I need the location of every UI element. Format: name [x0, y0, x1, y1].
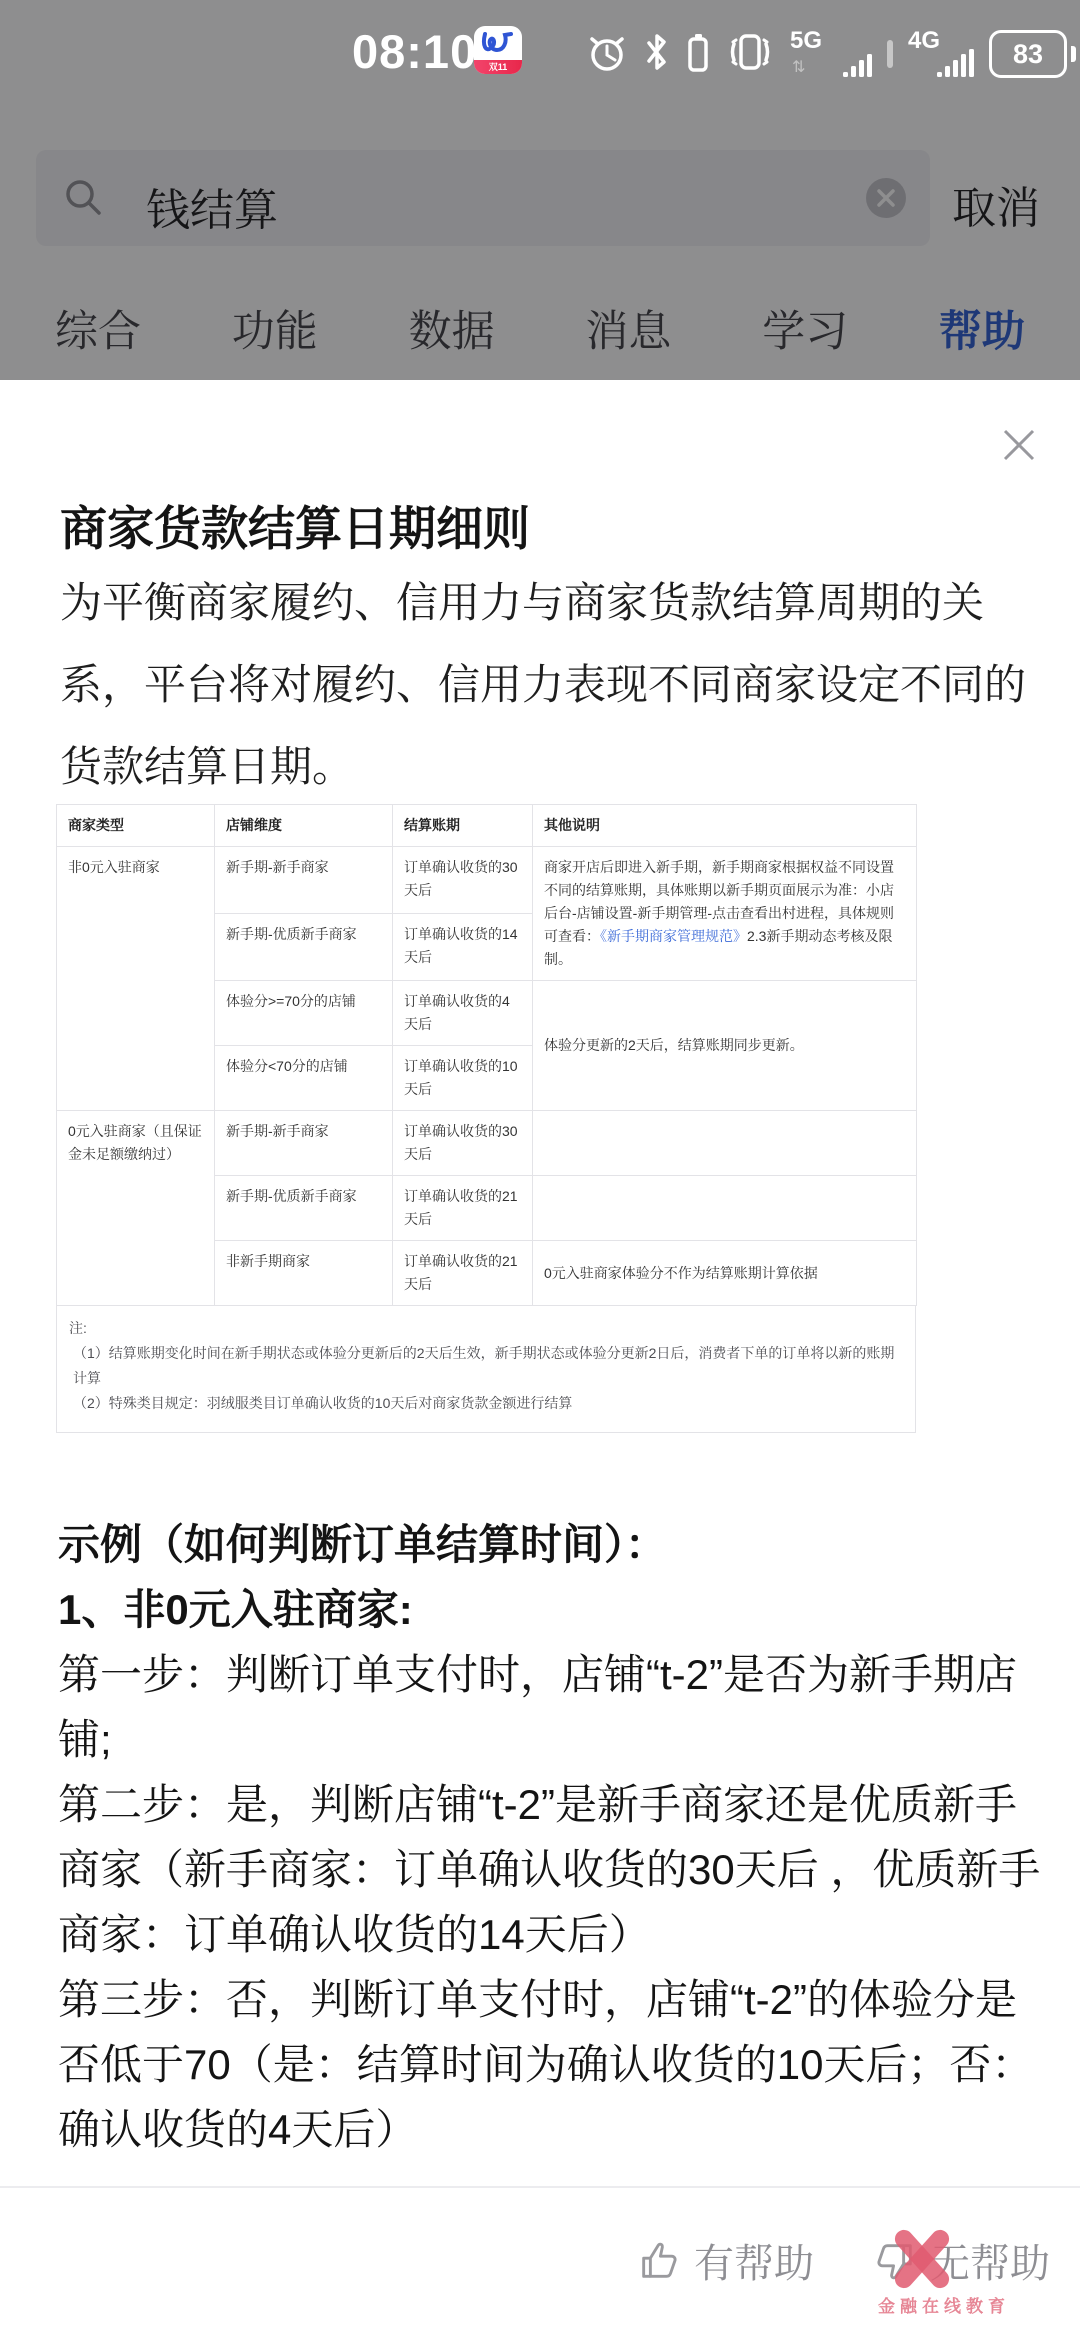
- example-step: 第二步：是，判断店铺“t-2”是新手商家还是优质新手商家（新手商家：订单确认收货…: [58, 1772, 1043, 1967]
- note-item: （2）特殊类目规定：羽绒服类目订单确认收货的10天后对商家货款金额进行结算: [69, 1391, 903, 1416]
- table-cell: 商家开店后即进入新手期，新手期商家根据权益不同设置不同的结算账期，具体账期以新手…: [533, 847, 917, 981]
- table-notes: 注:（1）结算账期变化时间在新手期状态或体验分更新后的2天后生效，新手期状态或体…: [56, 1306, 916, 1433]
- example-step: 第一步：判断订单支付时，店铺“t-2”是否为新手期店铺;: [58, 1642, 1043, 1772]
- settlement-table: 商家类型店铺维度结算账期其他说明 非0元入驻商家新手期-新手商家订单确认收货的3…: [56, 804, 917, 1306]
- example-heading: 示例（如何判断订单结算时间）：: [58, 1512, 1043, 1577]
- table-row: 0元入驻商家（且保证金未足额缴纳过）新手期-新手商家订单确认收货的30天后: [57, 1111, 917, 1176]
- table-cell: 体验分<70分的店铺: [215, 1046, 393, 1111]
- example-subheading: 1、非0元入驻商家:: [58, 1577, 1043, 1642]
- table-cell: 订单确认收货的30天后: [393, 1111, 533, 1176]
- app-icon-badge: 双11: [474, 60, 522, 74]
- table-cell: 订单确认收货的21天后: [393, 1176, 533, 1241]
- table-header-cell: 结算账期: [393, 805, 533, 847]
- close-icon[interactable]: [998, 424, 1040, 466]
- not-helpful-button[interactable]: 无帮助: [872, 2232, 1050, 2289]
- table-cell: 0元入驻商家体验分不作为结算账期计算依据: [533, 1241, 917, 1306]
- table-cell: [533, 1176, 917, 1241]
- table-header-cell: 其他说明: [533, 805, 917, 847]
- app-icon: 双11: [474, 26, 522, 74]
- example-step: 第三步：否，判断订单支付时，店铺“t-2”的体验分是否低于70（是：结算时间为确…: [58, 1967, 1043, 2162]
- battery-percent: 83: [989, 30, 1067, 78]
- bluetooth-icon: [643, 29, 671, 80]
- helpful-button[interactable]: 有帮助: [636, 2232, 814, 2289]
- notes-label: 注:: [69, 1316, 903, 1341]
- watermark-text: 金融在线教育: [878, 2292, 1080, 2317]
- table-row: 非0元入驻商家新手期-新手商家订单确认收货的30天后商家开店后即进入新手期，新手…: [57, 847, 917, 914]
- help-detail-sheet: 商家货款结算日期细则 为平衡商家履约、信用力与商家货款结算周期的关系，平台将对履…: [0, 380, 1080, 2340]
- alarm-icon: [586, 29, 628, 80]
- page-title: 商家货款结算日期细则: [60, 492, 530, 559]
- example-section: 示例（如何判断订单结算时间）： 1、非0元入驻商家: 第一步：判断订单支付时，店…: [58, 1512, 1043, 2162]
- table-cell: 订单确认收货的10天后: [393, 1046, 533, 1111]
- signal-5g-icon: 5G ⇅: [790, 29, 872, 79]
- settlement-table-wrap: 商家类型店铺维度结算账期其他说明 非0元入驻商家新手期-新手商家订单确认收货的3…: [56, 804, 916, 1433]
- clock-time: 08:10: [352, 24, 477, 79]
- battery-icon: 83: [989, 30, 1080, 78]
- table-cell: 0元入驻商家（且保证金未足额缴纳过）: [57, 1111, 215, 1306]
- vibrate-icon: [725, 29, 775, 80]
- feedback-footer: 有帮助 无帮助: [636, 2232, 1050, 2289]
- table-header-cell: 店铺维度: [215, 805, 393, 847]
- signal-divider: [887, 40, 893, 68]
- table-cell: 订单确认收货的21天后: [393, 1241, 533, 1306]
- table-cell: 体验分>=70分的店铺: [215, 981, 393, 1046]
- table-header-cell: 商家类型: [57, 805, 215, 847]
- table-cell: 新手期-新手商家: [215, 1111, 393, 1176]
- table-cell: 非新手期商家: [215, 1241, 393, 1306]
- table-cell: 体验分更新的2天后，结算账期同步更新。: [533, 981, 917, 1111]
- phone-screen: 钱结算 取消 综合 功能 数据 消息 学习 帮助 08:10 双11: [0, 0, 1080, 2340]
- table-cell: 新手期-优质新手商家: [215, 1176, 393, 1241]
- table-cell: 订单确认收货的14天后: [393, 914, 533, 981]
- thumbs-down-icon: [872, 2238, 918, 2284]
- table-cell: 非0元入驻商家: [57, 847, 215, 1111]
- table-cell: 订单确认收货的30天后: [393, 847, 533, 914]
- signal-4g-icon: 4G: [908, 29, 974, 79]
- table-cell: 订单确认收货的4天后: [393, 981, 533, 1046]
- status-bar: 08:10 双11 5G ⇅ 4G: [0, 0, 1080, 110]
- footer-divider: [0, 2186, 1080, 2188]
- thumbs-up-icon: [636, 2238, 682, 2284]
- table-cell: 新手期-优质新手商家: [215, 914, 393, 981]
- table-cell: [533, 1111, 917, 1176]
- table-cell: 新手期-新手商家: [215, 847, 393, 914]
- note-item: （1）结算账期变化时间在新手期状态或体验分更新后的2天后生效，新手期状态或体验分…: [69, 1341, 903, 1391]
- rules-link[interactable]: 《新手期商家管理规范》: [600, 928, 747, 944]
- device-battery-icon: [686, 29, 710, 80]
- intro-paragraph: 为平衡商家履约、信用力与商家货款结算周期的关系，平台将对履约、信用力表现不同商家…: [60, 562, 1028, 808]
